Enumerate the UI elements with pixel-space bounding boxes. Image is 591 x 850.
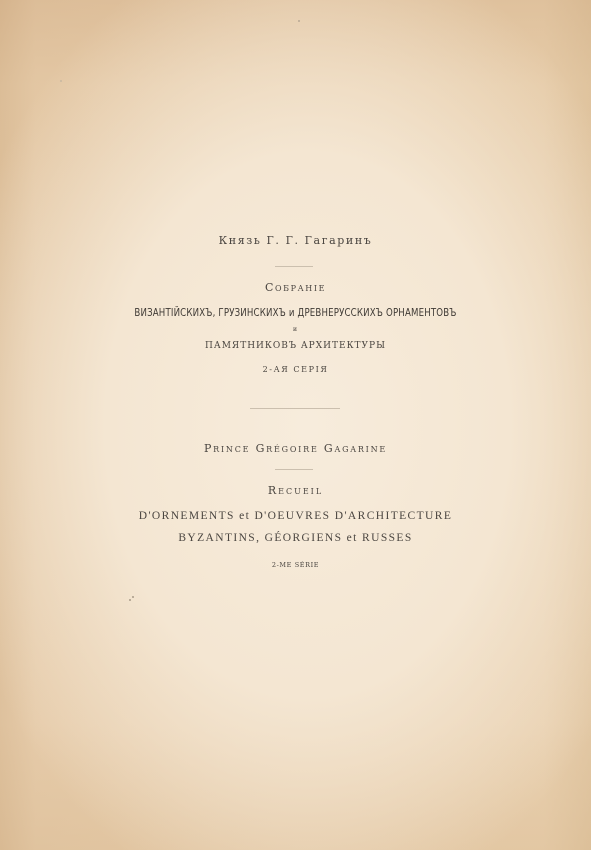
- russian-collection-word: Собранiе: [0, 281, 591, 294]
- russian-subject-line-2: ПАМЯТНИКОВЪ АРХИТЕКТУРЫ: [0, 341, 591, 351]
- russian-author: Князь Г. Г. Гагаринъ: [0, 234, 591, 247]
- title-page: Князь Г. Г. Гагаринъ Собранiе ВИЗАНТIЙСК…: [0, 0, 591, 850]
- russian-series: 2-АЯ СЕРIЯ: [0, 365, 591, 374]
- french-author: Prince Grégoire Gagarine: [0, 442, 591, 455]
- french-collection-word: Recueil: [0, 484, 591, 497]
- paper-speck: [132, 596, 134, 598]
- french-subject-line: D'ORNEMENTS et D'OEUVRES D'ARCHITECTURE: [0, 510, 591, 522]
- french-subject-line-2: BYZANTINS, GÉORGIENS et RUSSES: [0, 532, 591, 544]
- paper-speck: [60, 80, 62, 82]
- russian-subject-line: ВИЗАНТIЙСКИХЪ, ГРУЗИНСКИХЪ и ДРЕВНЕРУССК…: [53, 307, 538, 319]
- paper-speck: [298, 20, 300, 22]
- divider-short-2: [275, 469, 313, 470]
- divider-long: [250, 408, 340, 409]
- paper-speck: [129, 599, 131, 601]
- russian-conjunction: и: [0, 326, 591, 333]
- french-series: 2-ME SÉRIE: [0, 561, 591, 569]
- divider-short-1: [275, 266, 313, 267]
